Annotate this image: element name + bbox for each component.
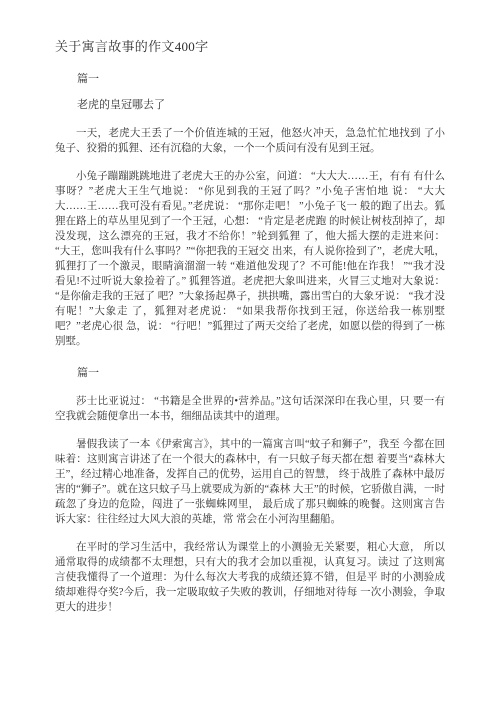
essay-paragraph: 莎士比亚说过： “书籍是全世界的•营养品。”这句话深深印在我心里，只 要一有空我… xyxy=(55,394,445,424)
section-label: 篇一 xyxy=(55,72,445,87)
essay-paragraph: 一天，老虎大王丢了一个价值连城的王冠，他怒火冲天，急急忙忙地找到 了小兔子、狡猾… xyxy=(55,126,445,156)
document-title: 关于寓言故事的作文400字 xyxy=(55,38,445,55)
essay-section-1: 篇一 老虎的皇冠哪去了 一天，老虎大王丢了一个价值连城的王冠，他怒火冲天，急急忙… xyxy=(55,72,445,349)
document-page: 关于寓言故事的作文400字 篇一 老虎的皇冠哪去了 一天，老虎大王丢了一个价值连… xyxy=(0,0,500,707)
essay-paragraph: 在平时的学习生活中，我经常认为课堂上的小测验无关紧要，粗心大意， 所以通常取得的… xyxy=(55,540,445,615)
essay-paragraph: 暑假我读了一本《伊索寓言》，其中的一篇寓言叫“蚊子和狮子”，我至 今都在回味着：… xyxy=(55,437,445,527)
essay-section-2: 篇一 莎士比亚说过： “书籍是全世界的•营养品。”这句话深深印在我心里，只 要一… xyxy=(55,366,445,615)
essay-heading: 老虎的皇冠哪去了 xyxy=(55,98,445,113)
section-label: 篇一 xyxy=(55,366,445,381)
essay-paragraph: 小兔子蹦蹦跳跳地进了老虎大王的办公室，问道： “大大大……王，有有 有什么事呀？… xyxy=(55,169,445,349)
